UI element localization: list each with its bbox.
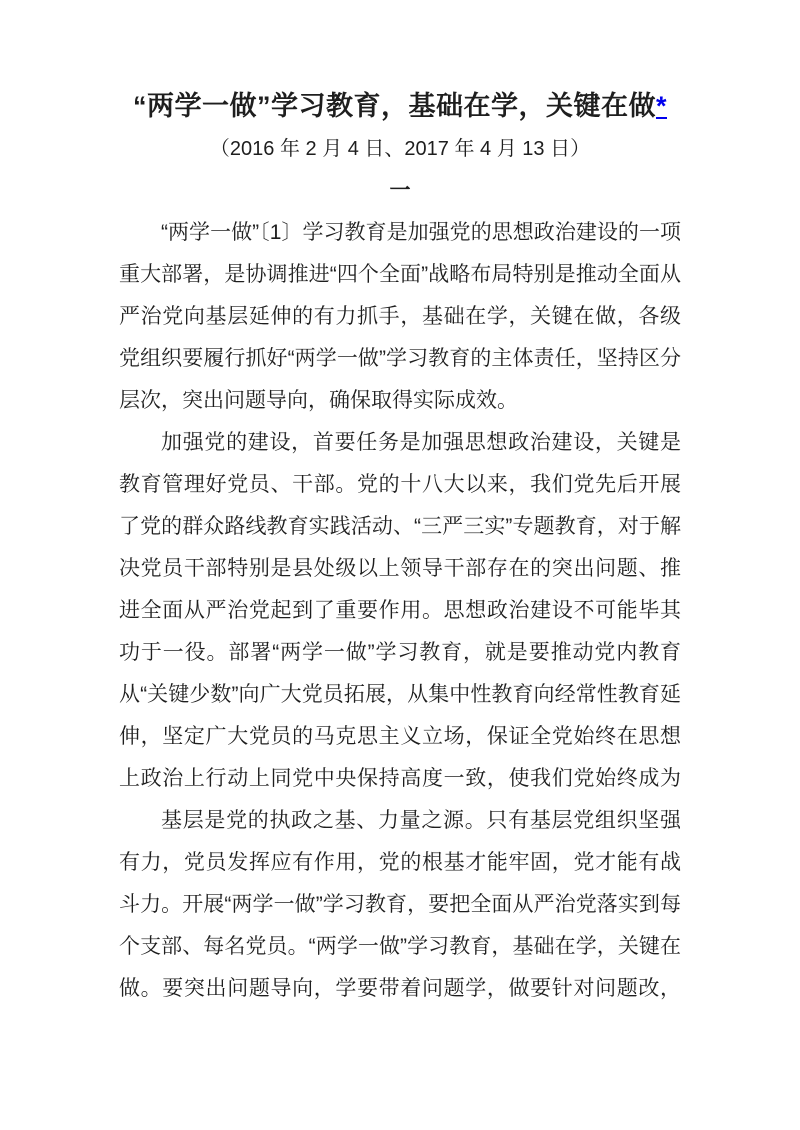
body-paragraph-1: “两学一做”〔1〕学习教育是加强党的思想政治建设的一项重大部署，是协调推进“四个…: [119, 212, 681, 422]
document-title: “两学一做”学习教育，基础在学，关键在做*: [119, 86, 681, 126]
body-paragraph-3: 基层是党的执政之基、力量之源。只有基层党组织坚强有力，党员发挥应有作用，党的根基…: [119, 800, 681, 1010]
document-page: “两学一做”学习教育，基础在学，关键在做* （2016 年 2 月 4 日、20…: [0, 0, 800, 1130]
footnote-asterisk-link[interactable]: *: [656, 91, 667, 121]
document-title-text: “两学一做”学习教育，基础在学，关键在做: [133, 91, 656, 121]
body-paragraph-2: 加强党的建设，首要任务是加强思想政治建设，关键是教育管理好党员、干部。党的十八大…: [119, 422, 681, 800]
section-one-marker: 一: [119, 170, 681, 212]
date-line: （2016 年 2 月 4 日、2017 年 4 月 13 日）: [119, 134, 681, 164]
document-content: “两学一做”学习教育，基础在学，关键在做* （2016 年 2 月 4 日、20…: [119, 0, 681, 1010]
